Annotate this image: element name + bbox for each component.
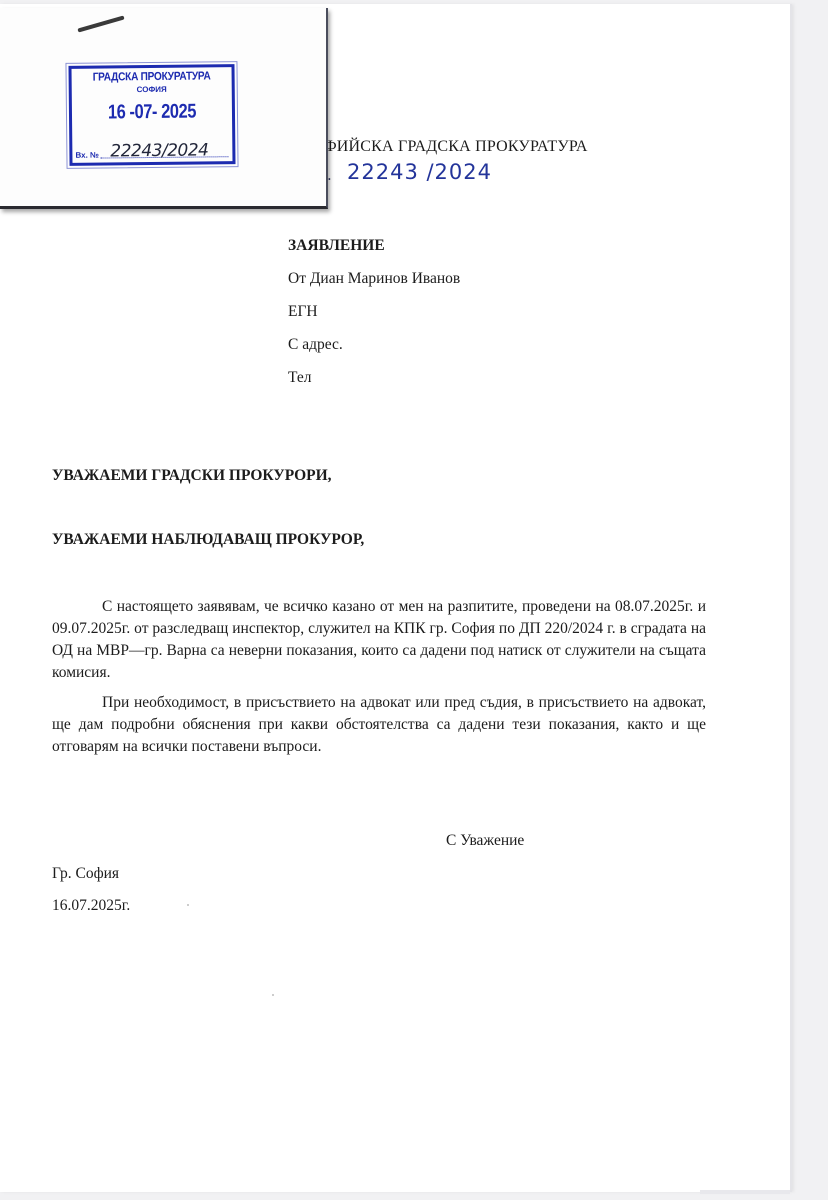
registration-number-handwritten: 22243 /2024: [347, 160, 492, 184]
sender-address-label: С адрес.: [288, 336, 343, 354]
staple-icon: [77, 15, 124, 32]
document-title: ЗАЯВЛЕНИЕ: [288, 237, 385, 255]
stamp-organization: ГРАДСКА ПРОКУРАТУРА: [81, 70, 222, 83]
sender-egn-label: ЕГН: [288, 303, 318, 321]
stamp-date: 16 -07- 2025: [86, 100, 217, 124]
scan-speck: [187, 904, 189, 906]
scan-speck: [272, 994, 274, 996]
page-edge-shadow: [700, 1190, 790, 1194]
addressee-header: ОФИЙСКА ГРАДСКА ПРОКУРАТУРА: [312, 138, 588, 156]
salutation-city-prosecutors: УВАЖАЕМИ ГРАДСКИ ПРОКУРОРИ,: [52, 467, 332, 485]
stamp-city: СОФИЯ: [72, 84, 232, 95]
body-paragraph-statement: С настоящето заявявам, че всичко казано …: [52, 596, 706, 684]
registration-sticker: ГРАДСКА ПРОКУРАТУРА СОФИЯ 16 -07- 2025 В…: [0, 8, 328, 209]
stamp-registration-number: 22243/2024: [110, 140, 208, 161]
place: Гр. София: [52, 865, 119, 883]
registry-stamp: ГРАДСКА ПРОКУРАТУРА СОФИЯ 16 -07- 2025 В…: [68, 64, 235, 166]
closing-regards: С Уважение: [446, 832, 524, 850]
stamp-registration-label: Вх. №: [75, 151, 99, 160]
salutation-supervising-prosecutor: УВАЖАЕМИ НАБЛЮДАВАЩ ПРОКУРОР,: [52, 531, 364, 549]
sender-phone-label: Тел: [288, 369, 312, 387]
sender-name: От Диан Маринов Иванов: [288, 270, 460, 288]
date: 16.07.2025г.: [52, 897, 130, 915]
body-paragraph-explanation: При необходимост, в присъствието на адво…: [52, 692, 706, 758]
